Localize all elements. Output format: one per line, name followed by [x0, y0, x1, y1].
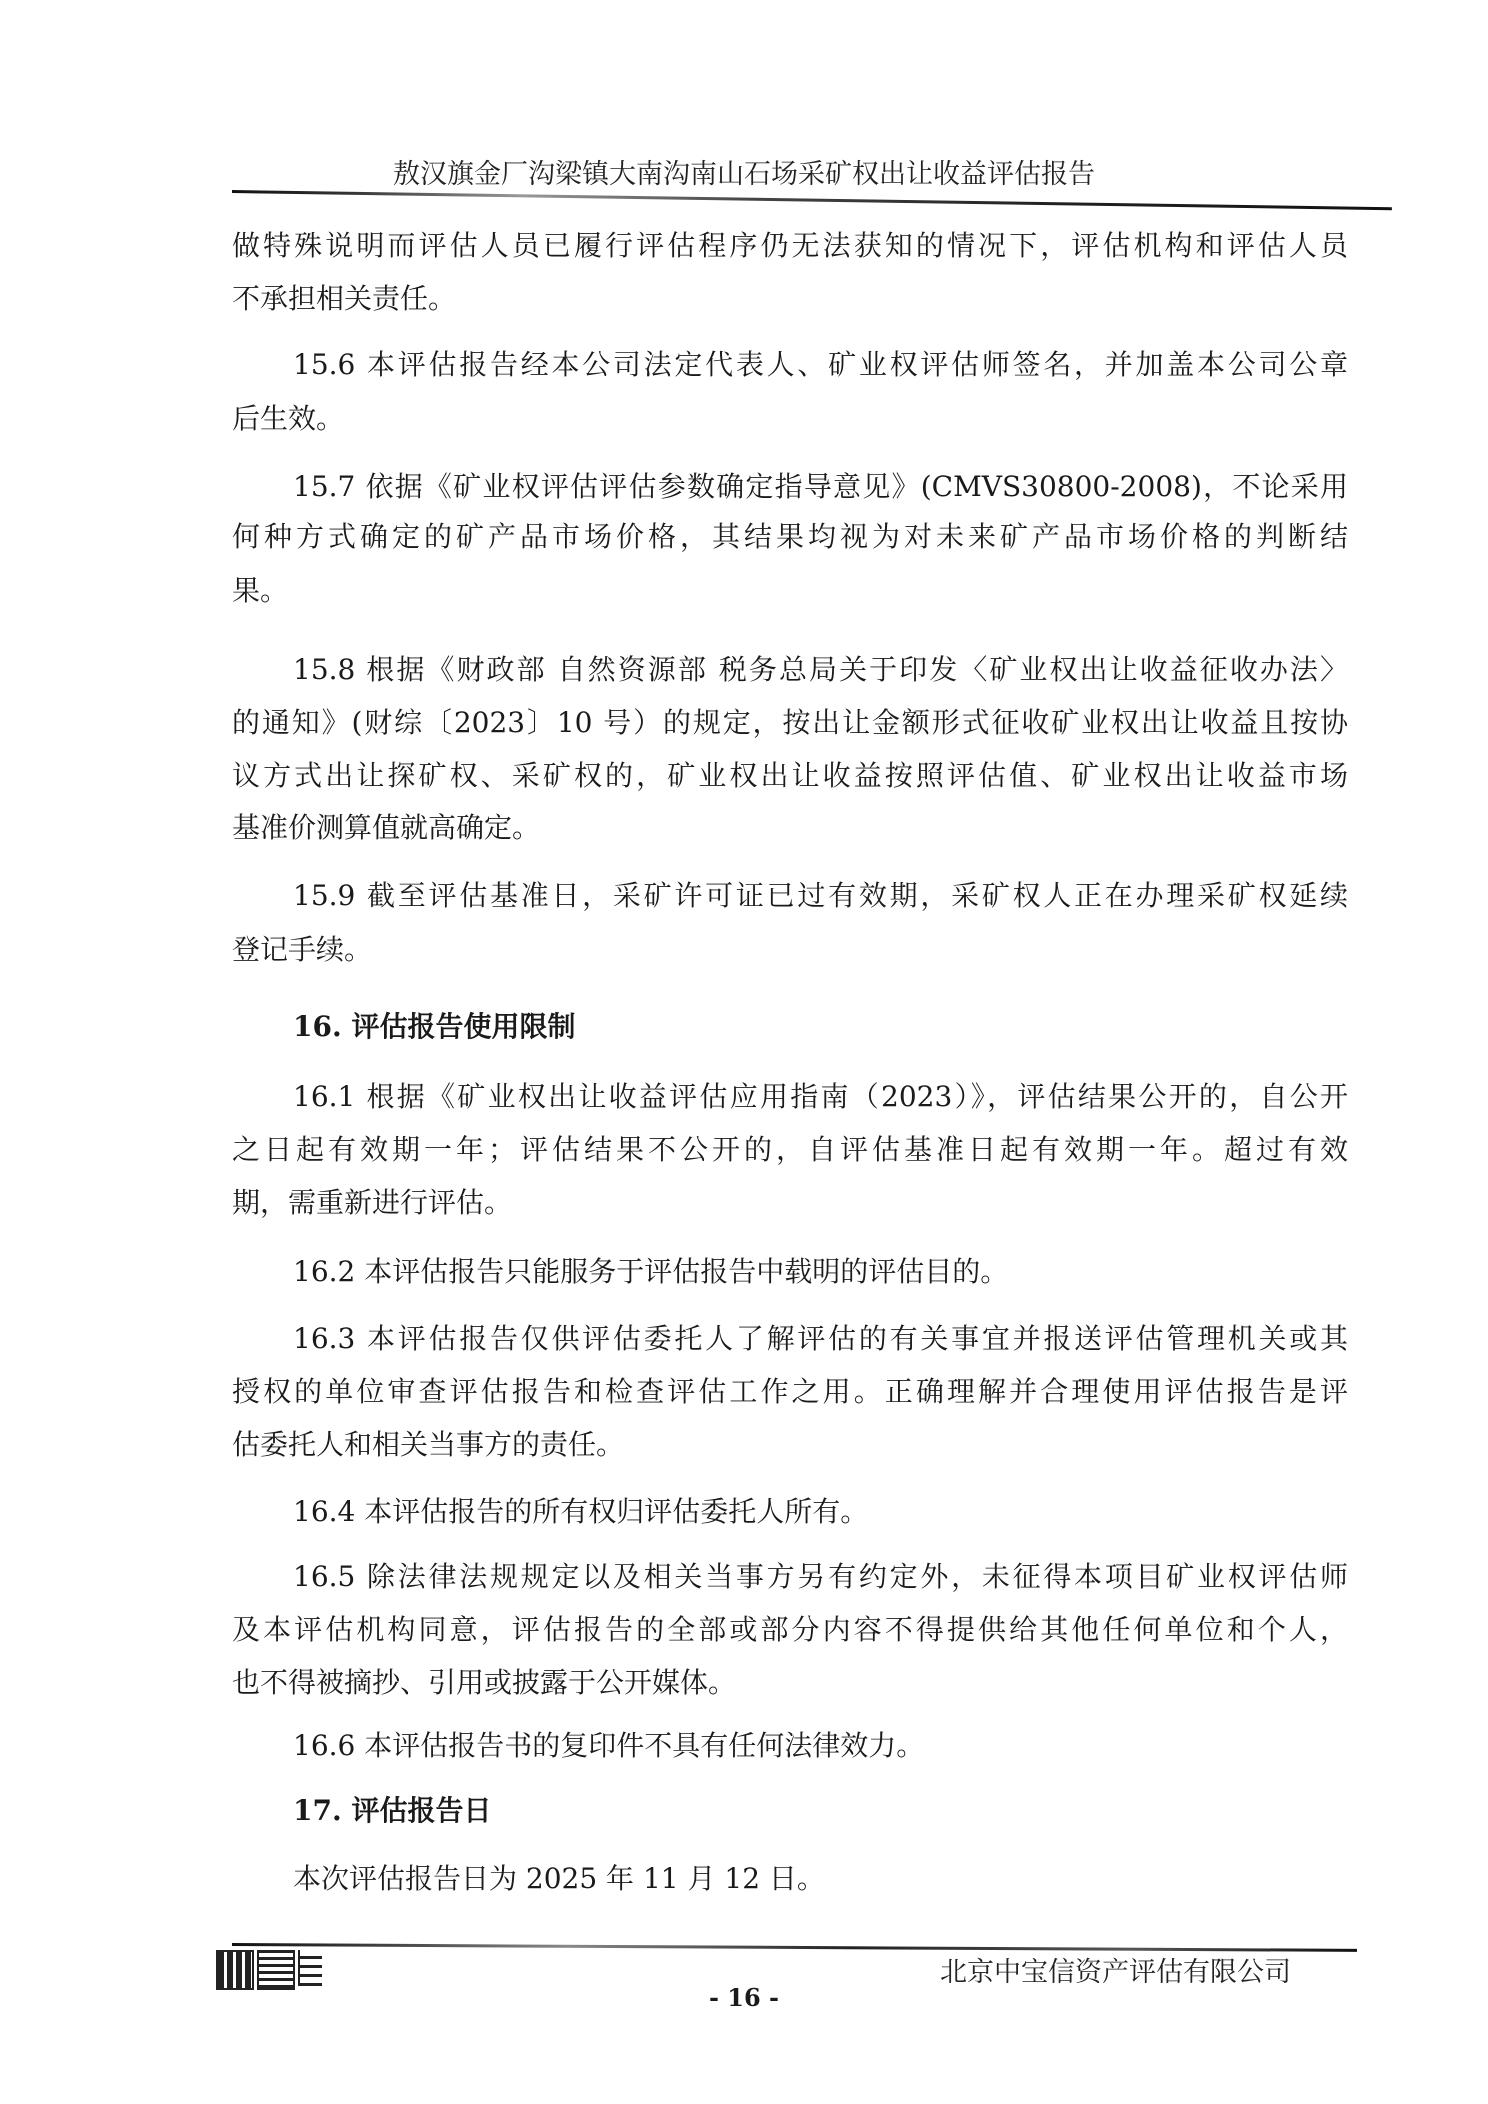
- clause-16-6: 16.6 本评估报告书的复印件不具有任何法律效力。: [293, 1728, 1348, 1764]
- clause-15-6: 15.6 本评估报告经本公司法定代表人、矿业权评估师签名，并加盖本公司公章: [293, 347, 1348, 383]
- clause-16-1: 16.1 根据《矿业权出让收益评估应用指南（2023）》，评估结果公开的，自公开: [293, 1079, 1348, 1115]
- text-line: 做特殊说明而评估人员已履行评估程序仍无法获知的情况下，评估机构和评估人员: [232, 228, 1348, 264]
- text-line: 的通知》(财综〔2023〕10 号）的规定，按出让金额形式征收矿业权出让收益且按…: [232, 705, 1348, 741]
- clause-16-3: 16.3 本评估报告仅供评估委托人了解评估的有关事宜并报送评估管理机关或其: [293, 1321, 1348, 1357]
- clause-16-2: 16.2 本评估报告只能服务于评估报告中载明的评估目的。: [293, 1254, 1348, 1290]
- clause-16-5: 16.5 除法律法规规定以及相关当事方另有约定外，未征得本项目矿业权评估师: [293, 1559, 1348, 1595]
- text-line: 期，需重新进行评估。: [232, 1185, 1348, 1221]
- report-date: 本次评估报告日为 2025 年 11 月 12 日。: [293, 1861, 1348, 1897]
- header-title: 敖汉旗金厂沟梁镇大南沟南山石场采矿权出让收益评估报告: [0, 152, 1488, 191]
- text-line: 不承担相关责任。: [232, 281, 1348, 317]
- clause-15-8: 15.8 根据《财政部 自然资源部 税务总局关于印发〈矿业权出让收益征收办法〉: [293, 652, 1348, 688]
- text-line: 基准价测算值就高确定。: [232, 810, 1348, 846]
- text-line: 果。: [232, 573, 1348, 609]
- text-line: 议方式出让探矿权、采矿权的，矿业权出让收益按照评估值、矿业权出让收益市场: [232, 758, 1348, 794]
- clause-15-9: 15.9 截至评估基准日，采矿许可证已过有效期，采矿权人正在办理采矿权延续: [293, 878, 1348, 914]
- text-line: 何种方式确定的矿产品市场价格，其结果均视为对未来矿产品市场价格的判断结: [232, 519, 1348, 555]
- text-line: 后生效。: [232, 401, 1348, 437]
- text-line: 登记手续。: [232, 932, 1348, 968]
- header-rule: [232, 190, 1392, 210]
- section-heading-16: 16. 评估报告使用限制: [293, 1009, 1348, 1045]
- clause-16-4: 16.4 本评估报告的所有权归评估委托人所有。: [293, 1494, 1348, 1530]
- text-line: 及本评估机构同意，评估报告的全部或部分内容不得提供给其他任何单位和个人，: [232, 1612, 1348, 1648]
- clause-15-7: 15.7 依据《矿业权评估评估参数确定指导意见》(CMVS30800-2008)…: [293, 469, 1348, 505]
- text-line: 也不得被摘抄、引用或披露于公开媒体。: [232, 1665, 1348, 1701]
- section-heading-17: 17. 评估报告日: [293, 1793, 1348, 1829]
- page-number: - 16 -: [0, 1983, 1488, 2012]
- text-line: 之日起有效期一年；评估结果不公开的，自评估基准日起有效期一年。超过有效: [232, 1132, 1348, 1168]
- text-line: 估委托人和相关当事方的责任。: [232, 1427, 1348, 1463]
- text-line: 授权的单位审查评估报告和检查评估工作之用。正确理解并合理使用评估报告是评: [232, 1374, 1348, 1410]
